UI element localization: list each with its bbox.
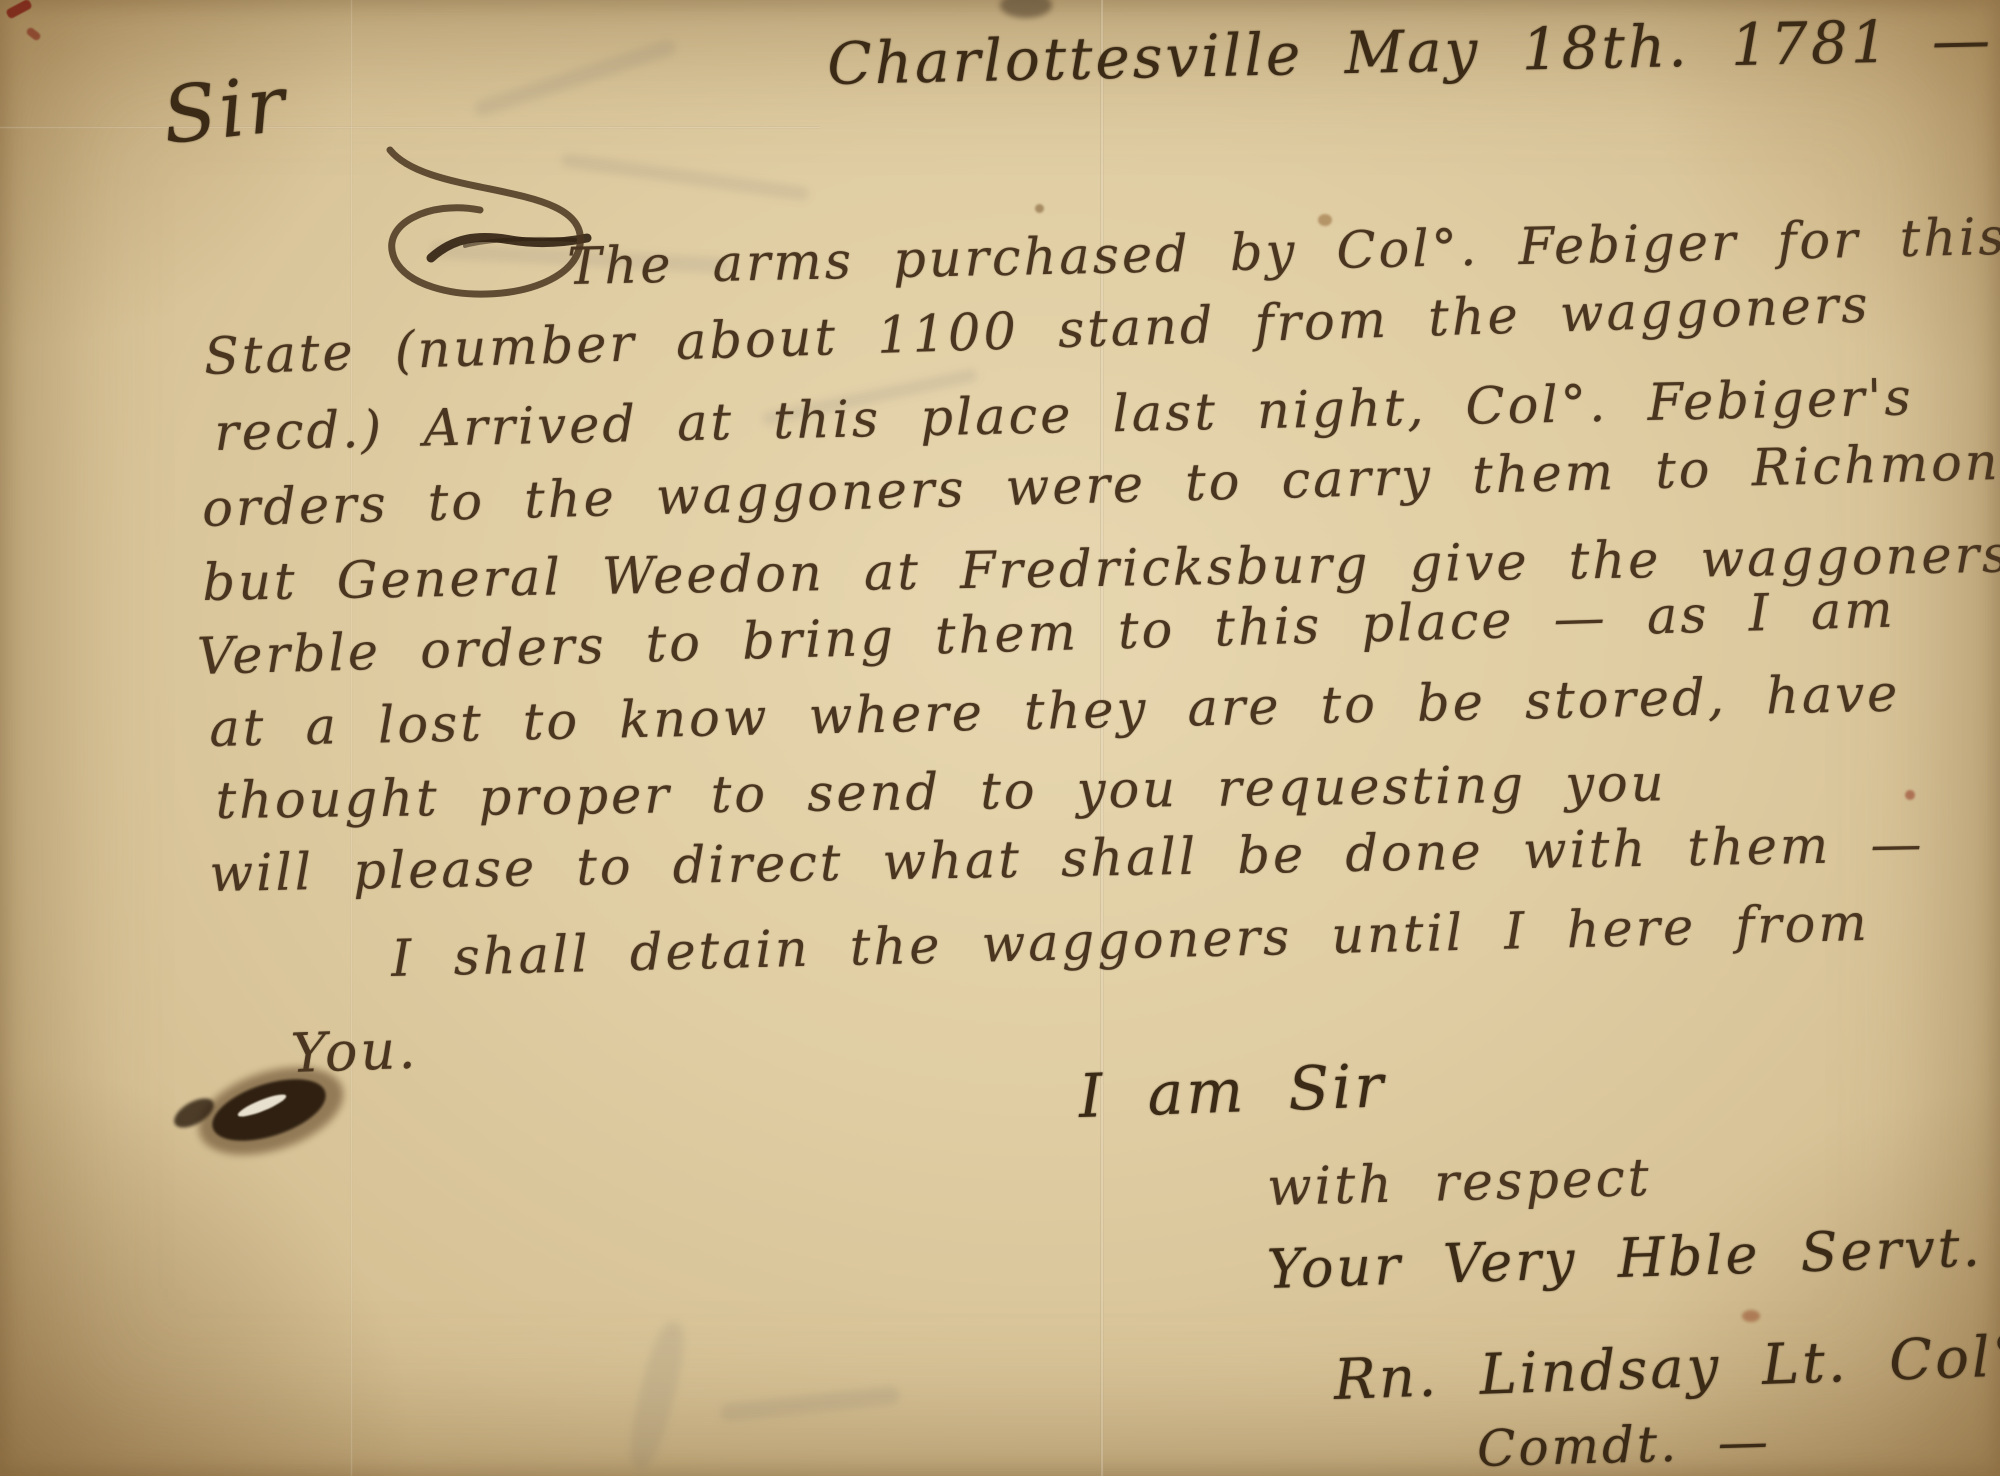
ghost-mark bbox=[560, 153, 810, 202]
salutation: Sir bbox=[159, 59, 292, 162]
body-line: You. bbox=[290, 1018, 420, 1085]
sir-flourish bbox=[270, 140, 610, 320]
ghost-mark bbox=[720, 1386, 901, 1423]
horizontal-fold-crease bbox=[0, 126, 820, 129]
closing-line: Your Very Hble Servt. bbox=[1266, 1216, 1984, 1301]
body-line: State (number about 1100 stand from the … bbox=[203, 276, 1871, 387]
ink-blot-white-streak bbox=[236, 1091, 288, 1121]
closing-line: with respect bbox=[1266, 1148, 1652, 1218]
heading-place-date: Charlottesville May 18th. 1781 — bbox=[827, 6, 1994, 98]
ink-blot-spatter bbox=[169, 1092, 218, 1133]
body-line: will please to direct what shall be done… bbox=[209, 815, 1925, 904]
body-line: I shall detain the waggoners until I her… bbox=[391, 894, 1871, 989]
top-edge-smudge bbox=[1000, 0, 1052, 18]
letter-page: Charlottesville May 18th. 1781 — Sir The… bbox=[0, 0, 2000, 1476]
ghost-mark bbox=[622, 1318, 691, 1472]
closing-line: I am Sir bbox=[1078, 1051, 1388, 1132]
red-edge-mark-small bbox=[25, 26, 42, 42]
signature-name: Rn. Lindsay Lt. Col°. bbox=[1333, 1323, 2000, 1413]
ghost-mark bbox=[473, 38, 678, 118]
fox-spot bbox=[1742, 1310, 1760, 1322]
fox-spot bbox=[1035, 204, 1044, 213]
fox-spot bbox=[1905, 790, 1915, 800]
red-edge-mark bbox=[5, 0, 33, 20]
signature-title: Comdt. — bbox=[1476, 1412, 1771, 1476]
body-line: thought proper to send to you requesting… bbox=[215, 754, 1667, 831]
